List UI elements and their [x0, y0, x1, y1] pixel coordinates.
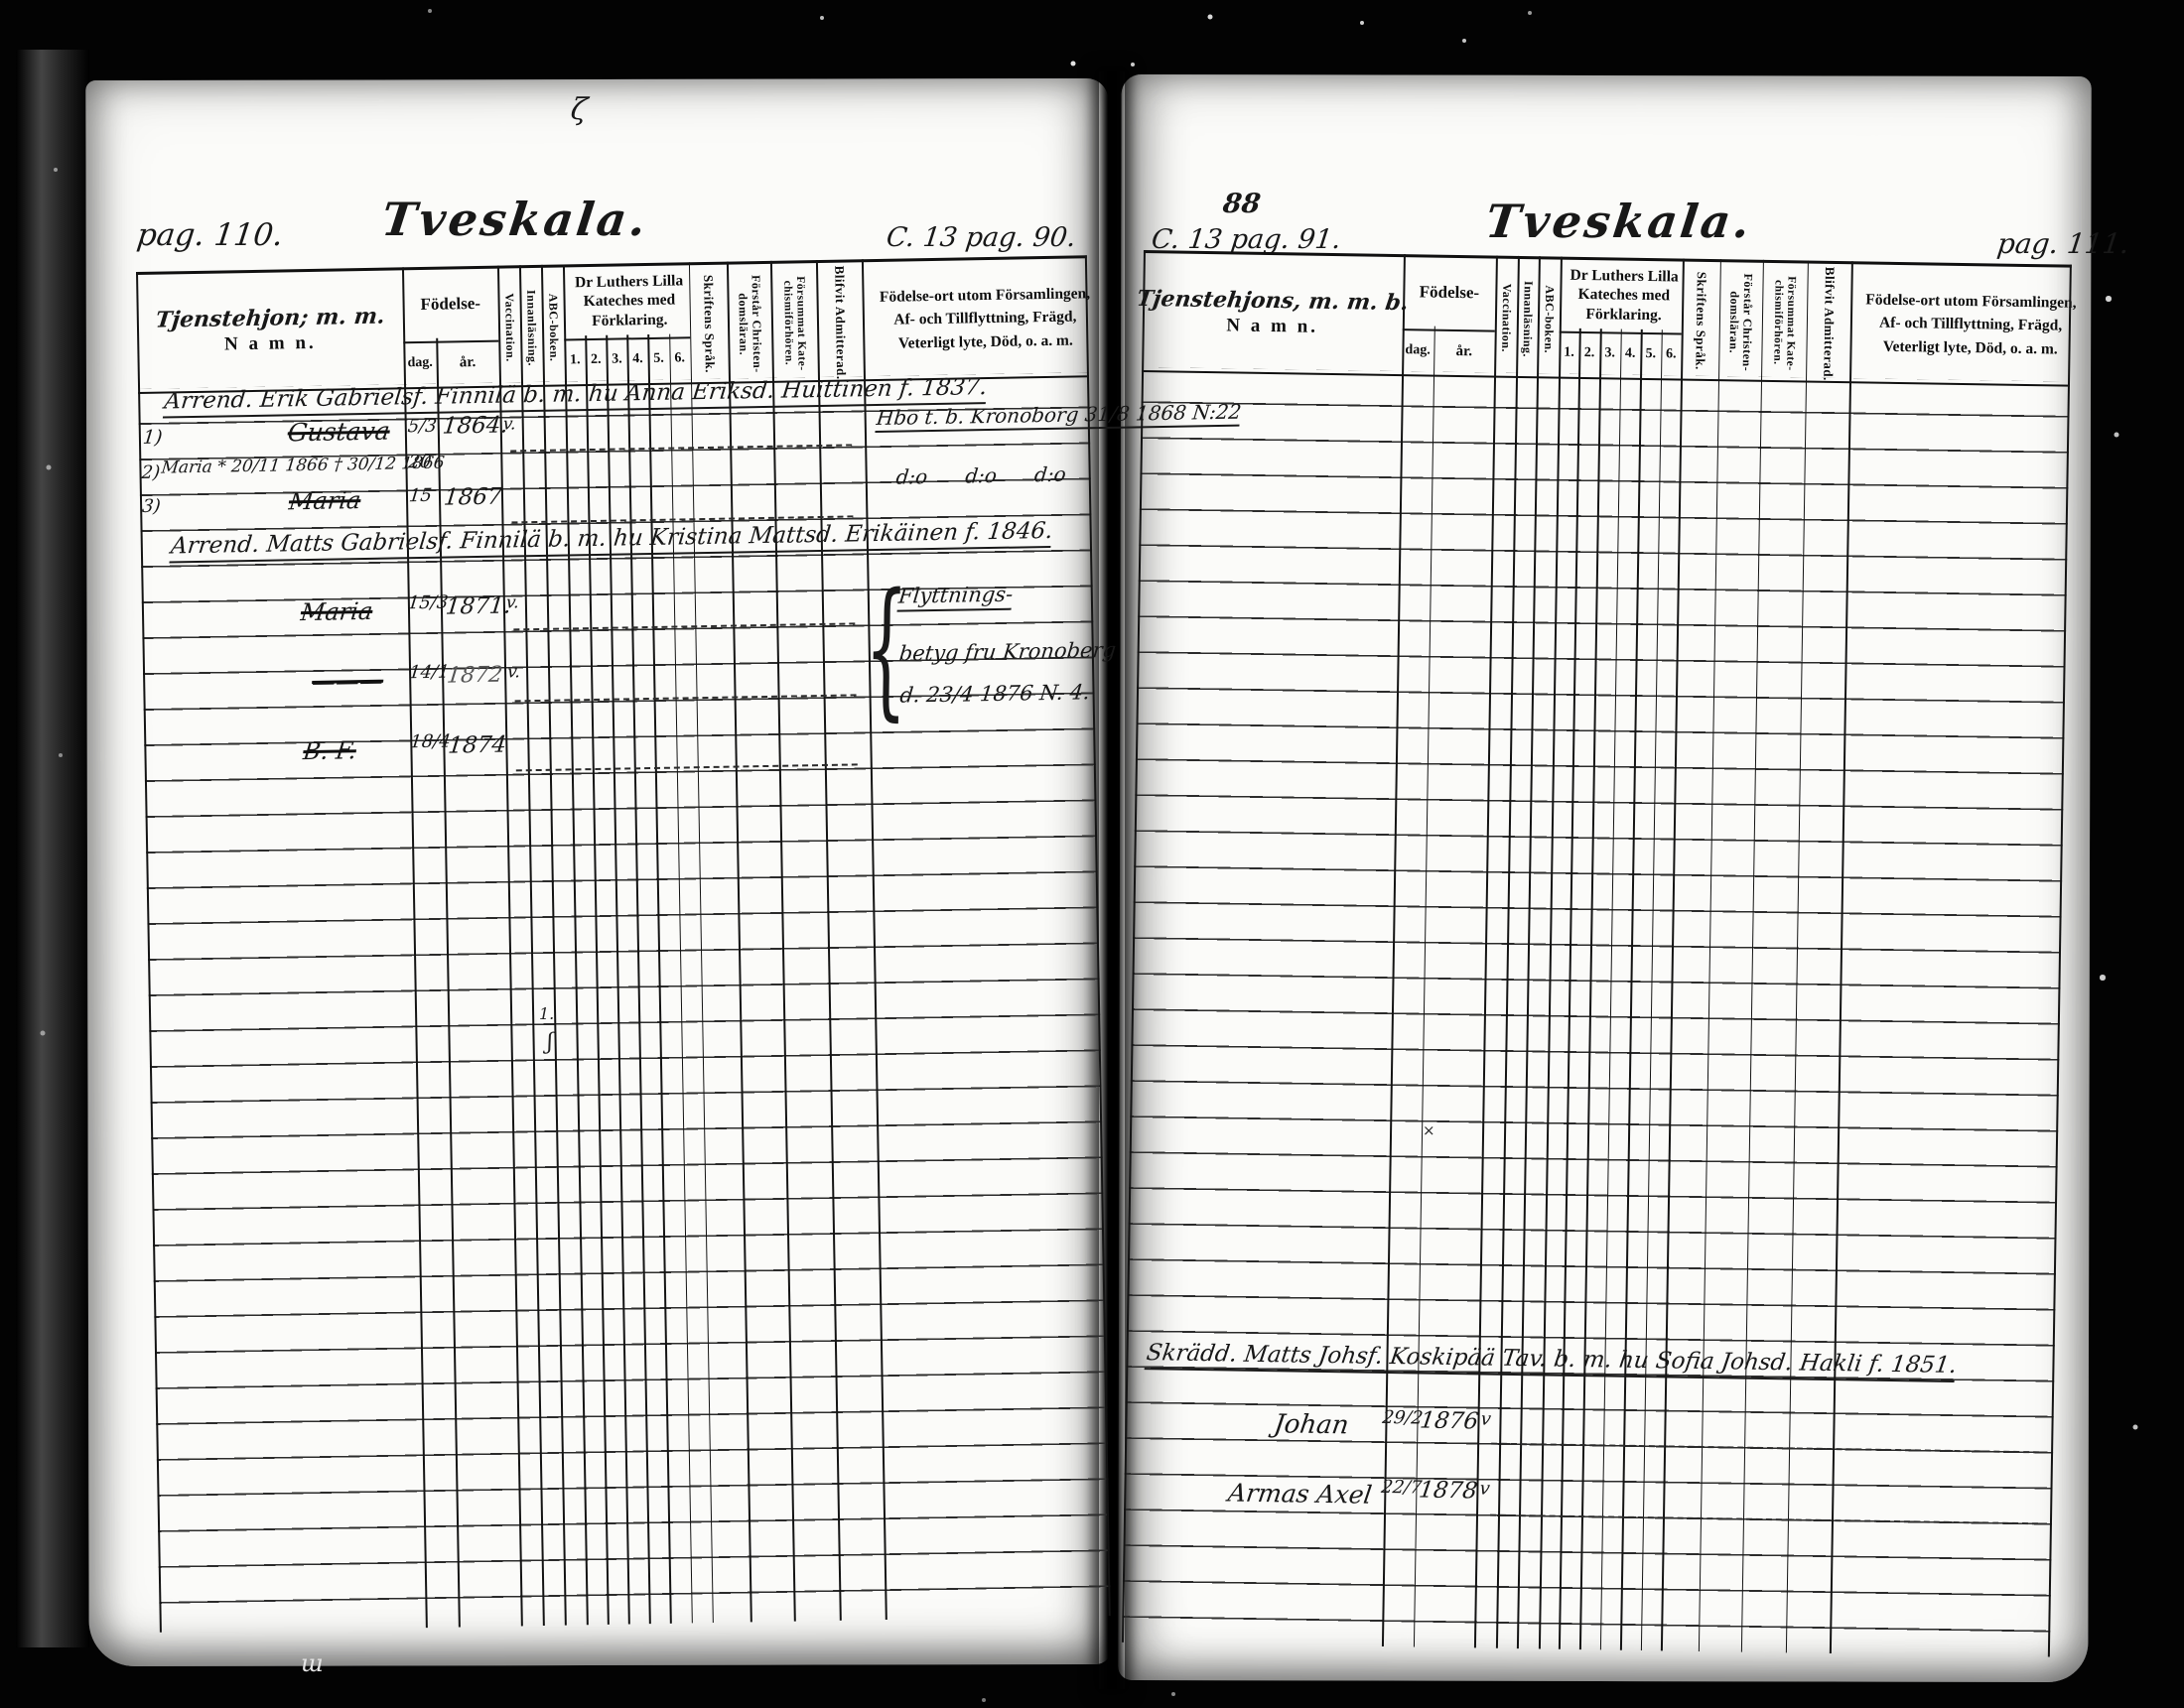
entry-row-name: Armas Axel — [1227, 1481, 1374, 1508]
entry-vaccination-mark: v — [1478, 1480, 1491, 1498]
communion-ledger-table-left: Tjenstehjon; m. m. N a m n. Födelse- dag… — [136, 255, 1111, 1633]
migration-note: d. 23/4 1876 N. 4. — [898, 682, 1090, 706]
entry-birth-year: 1872 — [446, 665, 503, 688]
entry-row-name: Maria * 20/11 1866 † 30/12 1866 — [161, 456, 446, 477]
entry-row-number: 3) — [141, 498, 161, 516]
entry-vaccination-mark: v. — [502, 416, 517, 433]
entry-row-name: Maria — [300, 599, 374, 624]
archive-code-note-right: C. 13 pag. 91. — [1150, 226, 1342, 253]
entry-row-name: Maria — [288, 488, 362, 513]
entry-birth-year: 1867 — [442, 486, 502, 510]
communion-ledger-table-right: Tjenstehjons, m. m. b. N a m n. Födelse-… — [1122, 250, 2072, 1657]
entry-row-name: Gustava — [287, 419, 392, 446]
entry-row-name: B. F. — [302, 738, 357, 763]
entry-head-line: Arrend. Matts Gabrielsf. Finnilä b. m. h… — [169, 520, 1053, 564]
scanned-book-spread: ζ pag. 110. Tveskala. C. 13 pag. 90. 88 … — [0, 0, 2184, 1708]
sheet-number: 88 — [1221, 191, 1262, 217]
handwritten-entries-right: Skrädd. Matts Johsf. Koskipää Tav. b. m.… — [1122, 250, 2072, 1657]
handwritten-entries-left: Arrend. Erik Gabrielsf. Finnilä b. m. hu… — [136, 255, 1111, 1633]
parish-title-right: Tveskala. — [1483, 198, 1755, 244]
entry-birth-year: 1878 — [1418, 1480, 1479, 1504]
row-dashes — [1490, 1514, 2038, 1525]
entry-head-line: Skrädd. Matts Johsf. Koskipää Tav. b. m.… — [1145, 1342, 1959, 1382]
entry-birth-day: 15 — [408, 487, 433, 505]
archive-code-note-left: C. 13 pag. 90. — [885, 224, 1077, 251]
row-dashes — [513, 622, 856, 630]
entry-row-name: ——— — [311, 669, 385, 694]
entry-birth-day: 20 — [408, 454, 433, 471]
parish-title-left: Tveskala. — [379, 197, 651, 242]
entry-vaccination-mark: v. — [506, 664, 521, 681]
migration-note: betyg fru Kronoberg — [897, 640, 1116, 665]
migration-note: d:o d:o d:o — [894, 464, 1066, 487]
migration-note: Flyttnings- — [896, 585, 1014, 612]
entry-row-number: 1) — [142, 429, 164, 448]
row-dashes — [514, 694, 857, 702]
entry-birth-year: 1864. — [441, 414, 508, 438]
entry-birth-day: 5/3 — [407, 418, 438, 437]
entry-birth-day: 18/4 — [410, 733, 452, 752]
entry-vaccination-mark: v — [1479, 1410, 1492, 1428]
entry-head-line: Arrend. Erik Gabrielsf. Finnilä b. m. hu… — [163, 376, 988, 419]
page-number-note-right: pag. 111. — [1995, 230, 2130, 258]
entry-birth-day: 29/2 — [1381, 1409, 1424, 1428]
book-spine-edge — [16, 50, 89, 1647]
ink-mark: ɯ — [301, 1649, 324, 1677]
entry-birth-day: 22/7 — [1380, 1479, 1423, 1498]
entry-birth-year: 1876 — [1419, 1410, 1480, 1434]
entry-birth-day: 14/1 — [408, 664, 450, 683]
page-number-note-left: pag. 110. — [135, 220, 285, 251]
entry-vaccination-mark: v. — [505, 594, 520, 611]
entry-birth-year: 1871. — [444, 594, 511, 618]
entry-row-name: Johan — [1273, 1411, 1351, 1438]
row-dashes — [1491, 1443, 2039, 1454]
entry-birth-day: 15/3 — [407, 594, 449, 613]
row-dashes — [515, 763, 858, 771]
row-dashes — [510, 444, 853, 452]
entry-row-number: 2) — [141, 464, 161, 482]
scan-dust-speckles — [0, 0, 2, 2]
entry-birth-year: 1874 — [447, 734, 507, 758]
